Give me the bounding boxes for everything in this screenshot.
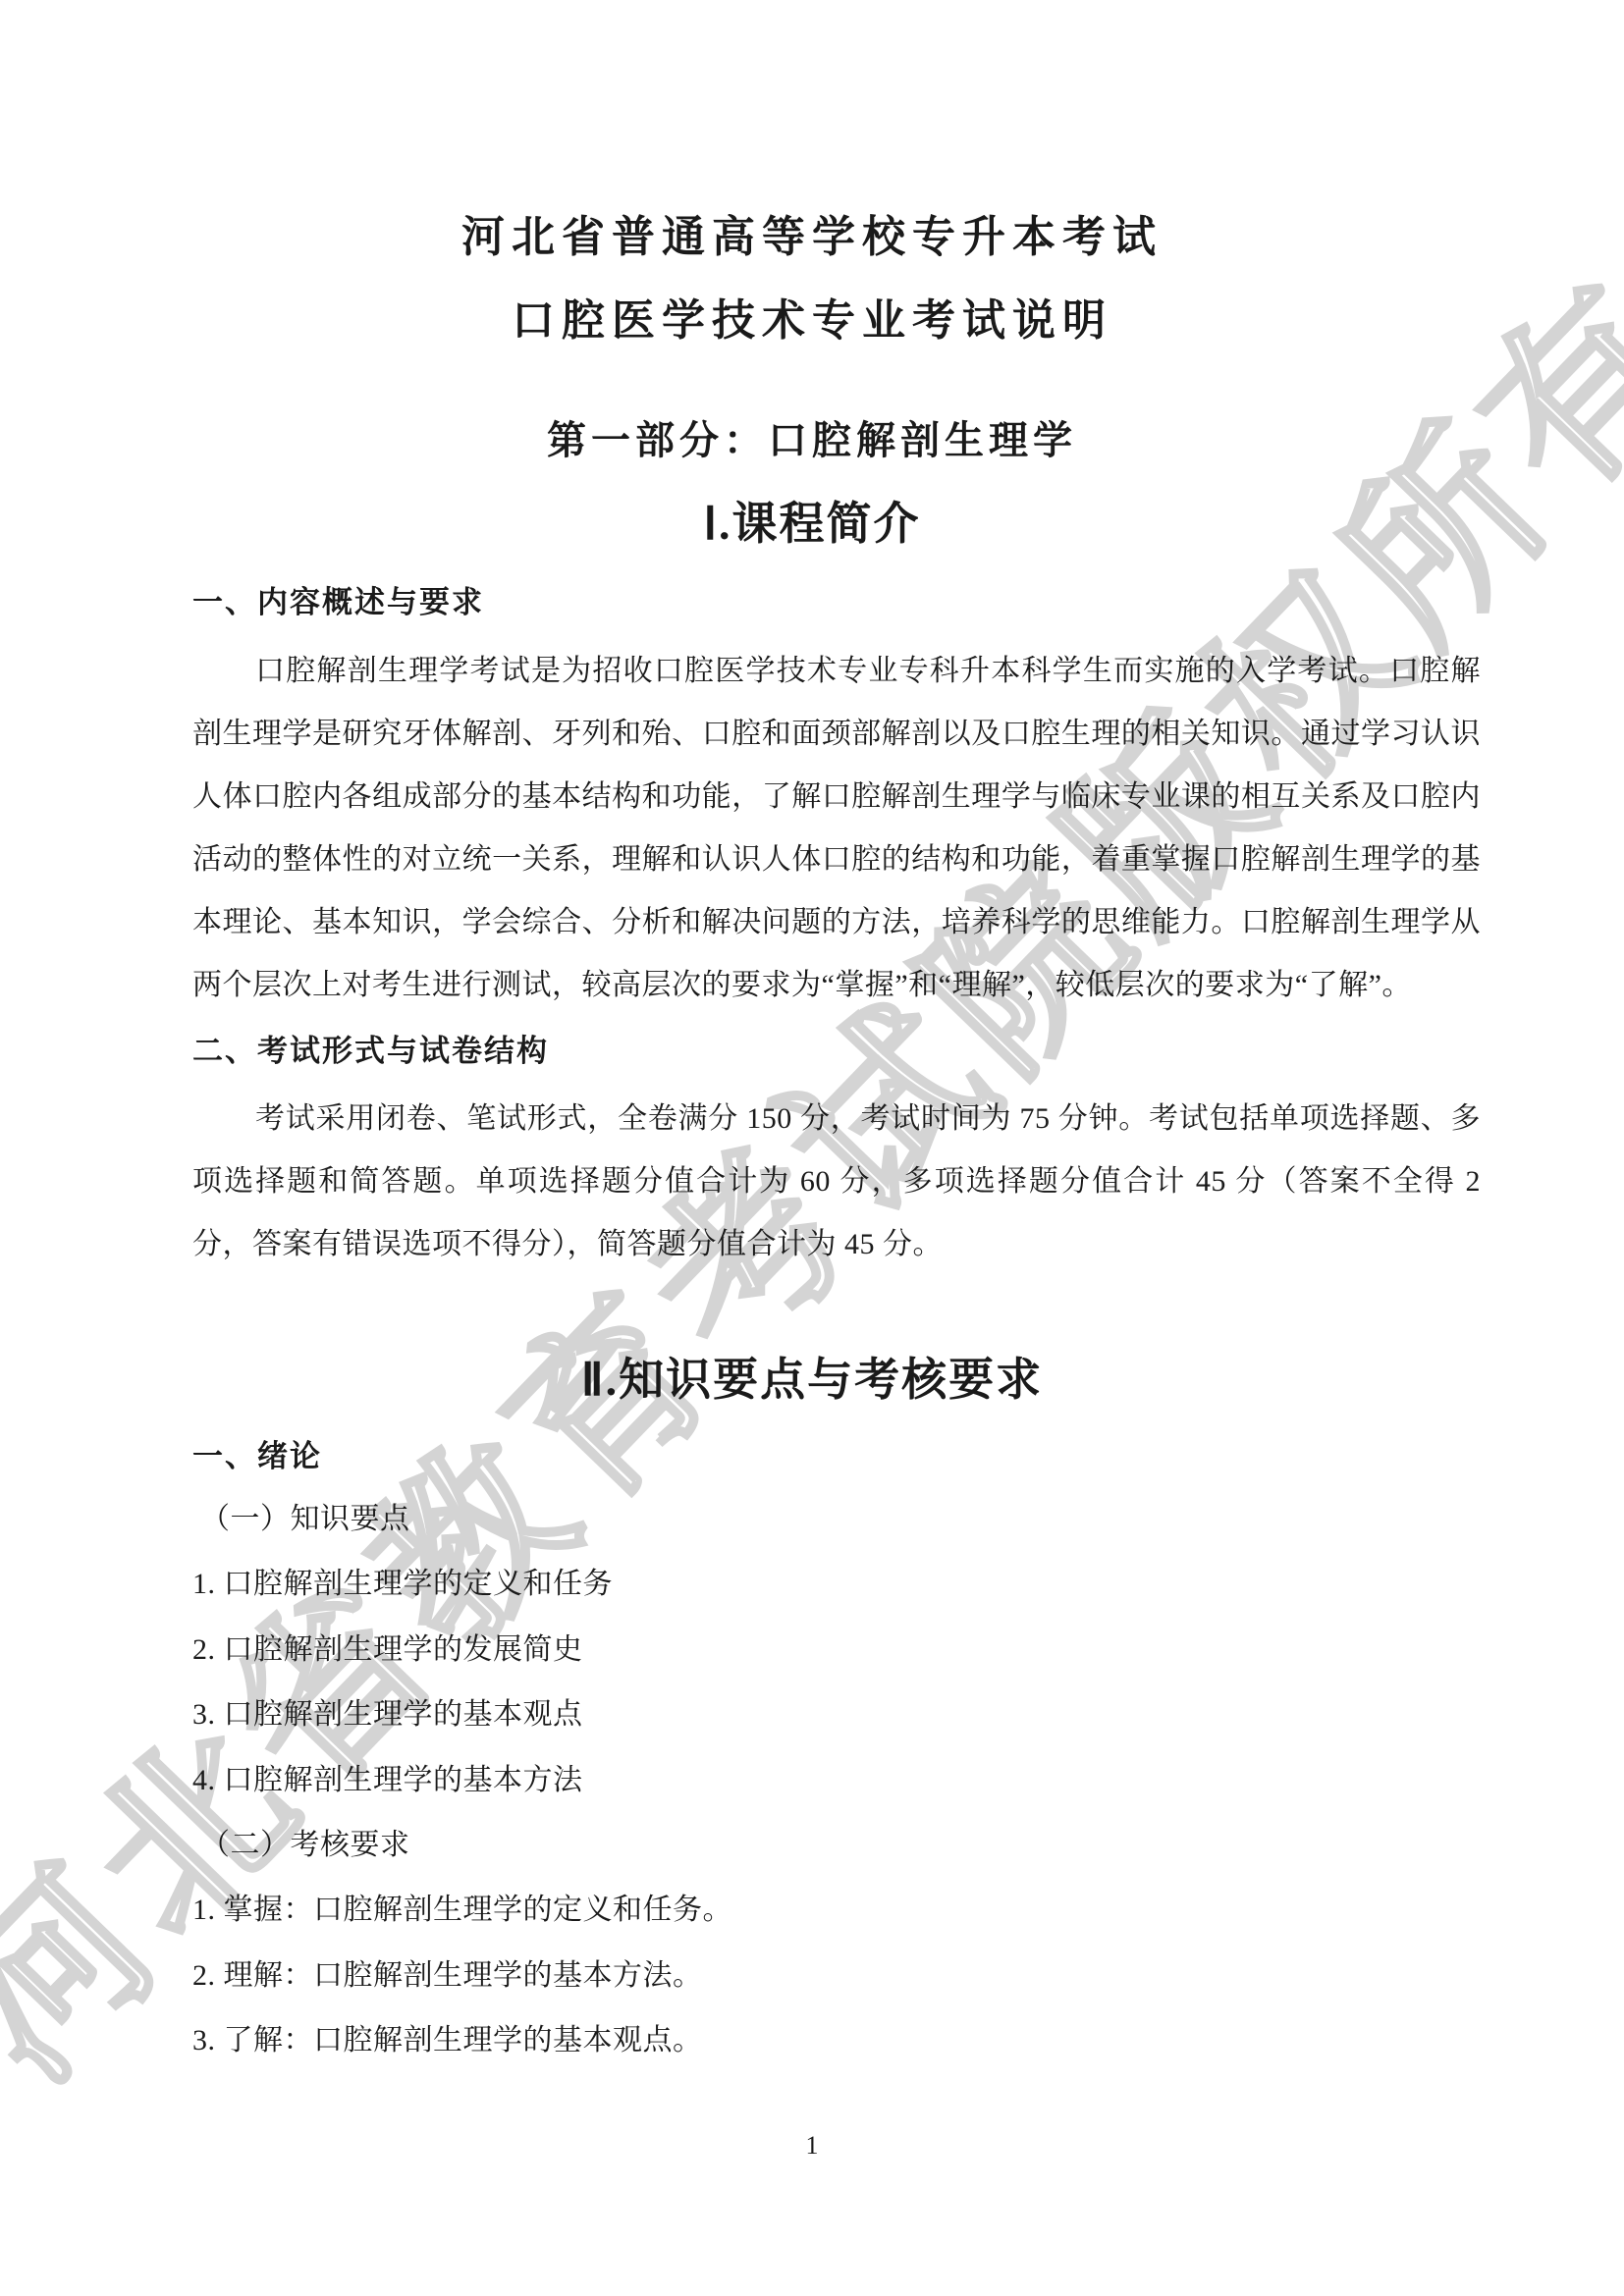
assessment-item: 2. 理解：口腔解剖生理学的基本方法。 — [192, 1944, 1481, 2008]
document-content: 河北省普通高等学校专升本考试 口腔医学技术专业考试说明 第一部分：口腔解剖生理学… — [0, 0, 1624, 2296]
assessment-item: 1. 掌握：口腔解剖生理学的定义和任务。 — [192, 1878, 1481, 1943]
knowledge-outline-heading: Ⅱ.知识要点与考核要求 — [0, 1352, 1624, 1409]
course-intro-heading: Ⅰ.课程简介 — [0, 496, 1624, 553]
overview-paragraph: 口腔解剖生理学考试是为招收口腔医学技术专业专科升本科学生而实施的入学考试。口腔解… — [192, 640, 1481, 1017]
knowledge-point-item: 3. 口腔解剖生理学的基本观点 — [192, 1682, 1481, 1747]
part-heading: 第一部分：口腔解剖生理学 — [0, 416, 1624, 465]
chapter-outline-list: （一）知识要点 1. 口腔解剖生理学的定义和任务 2. 口腔解剖生理学的发展简史… — [192, 1487, 1481, 2074]
chapter-intro-heading: 一、绪论 — [192, 1437, 322, 1476]
exam-format-paragraph: 考试采用闭卷、笔试形式，全卷满分 150 分，考试时间为 75 分钟。考试包括单… — [192, 1088, 1481, 1276]
assessment-item: 3. 了解：口腔解剖生理学的基本观点。 — [192, 2008, 1481, 2073]
doc-title-line1: 河北省普通高等学校专升本考试 — [0, 212, 1624, 263]
exam-format-heading: 二、考试形式与试卷结构 — [192, 1032, 549, 1071]
page-number: 1 — [0, 2130, 1624, 2162]
doc-title-line2: 口腔医学技术专业考试说明 — [0, 295, 1624, 347]
knowledge-point-item: 4. 口腔解剖生理学的基本方法 — [192, 1748, 1481, 1813]
document-page: 河北省教育考试院版权所有 河北省普通高等学校专升本考试 口腔医学技术专业考试说明… — [0, 0, 1624, 2296]
knowledge-point-item: 2. 口腔解剖生理学的发展简史 — [192, 1618, 1481, 1682]
assessment-heading: （二）考核要求 — [192, 1813, 1481, 1878]
knowledge-points-heading: （一）知识要点 — [192, 1487, 1481, 1552]
overview-heading: 一、内容概述与要求 — [192, 583, 484, 622]
knowledge-point-item: 1. 口腔解剖生理学的定义和任务 — [192, 1552, 1481, 1617]
